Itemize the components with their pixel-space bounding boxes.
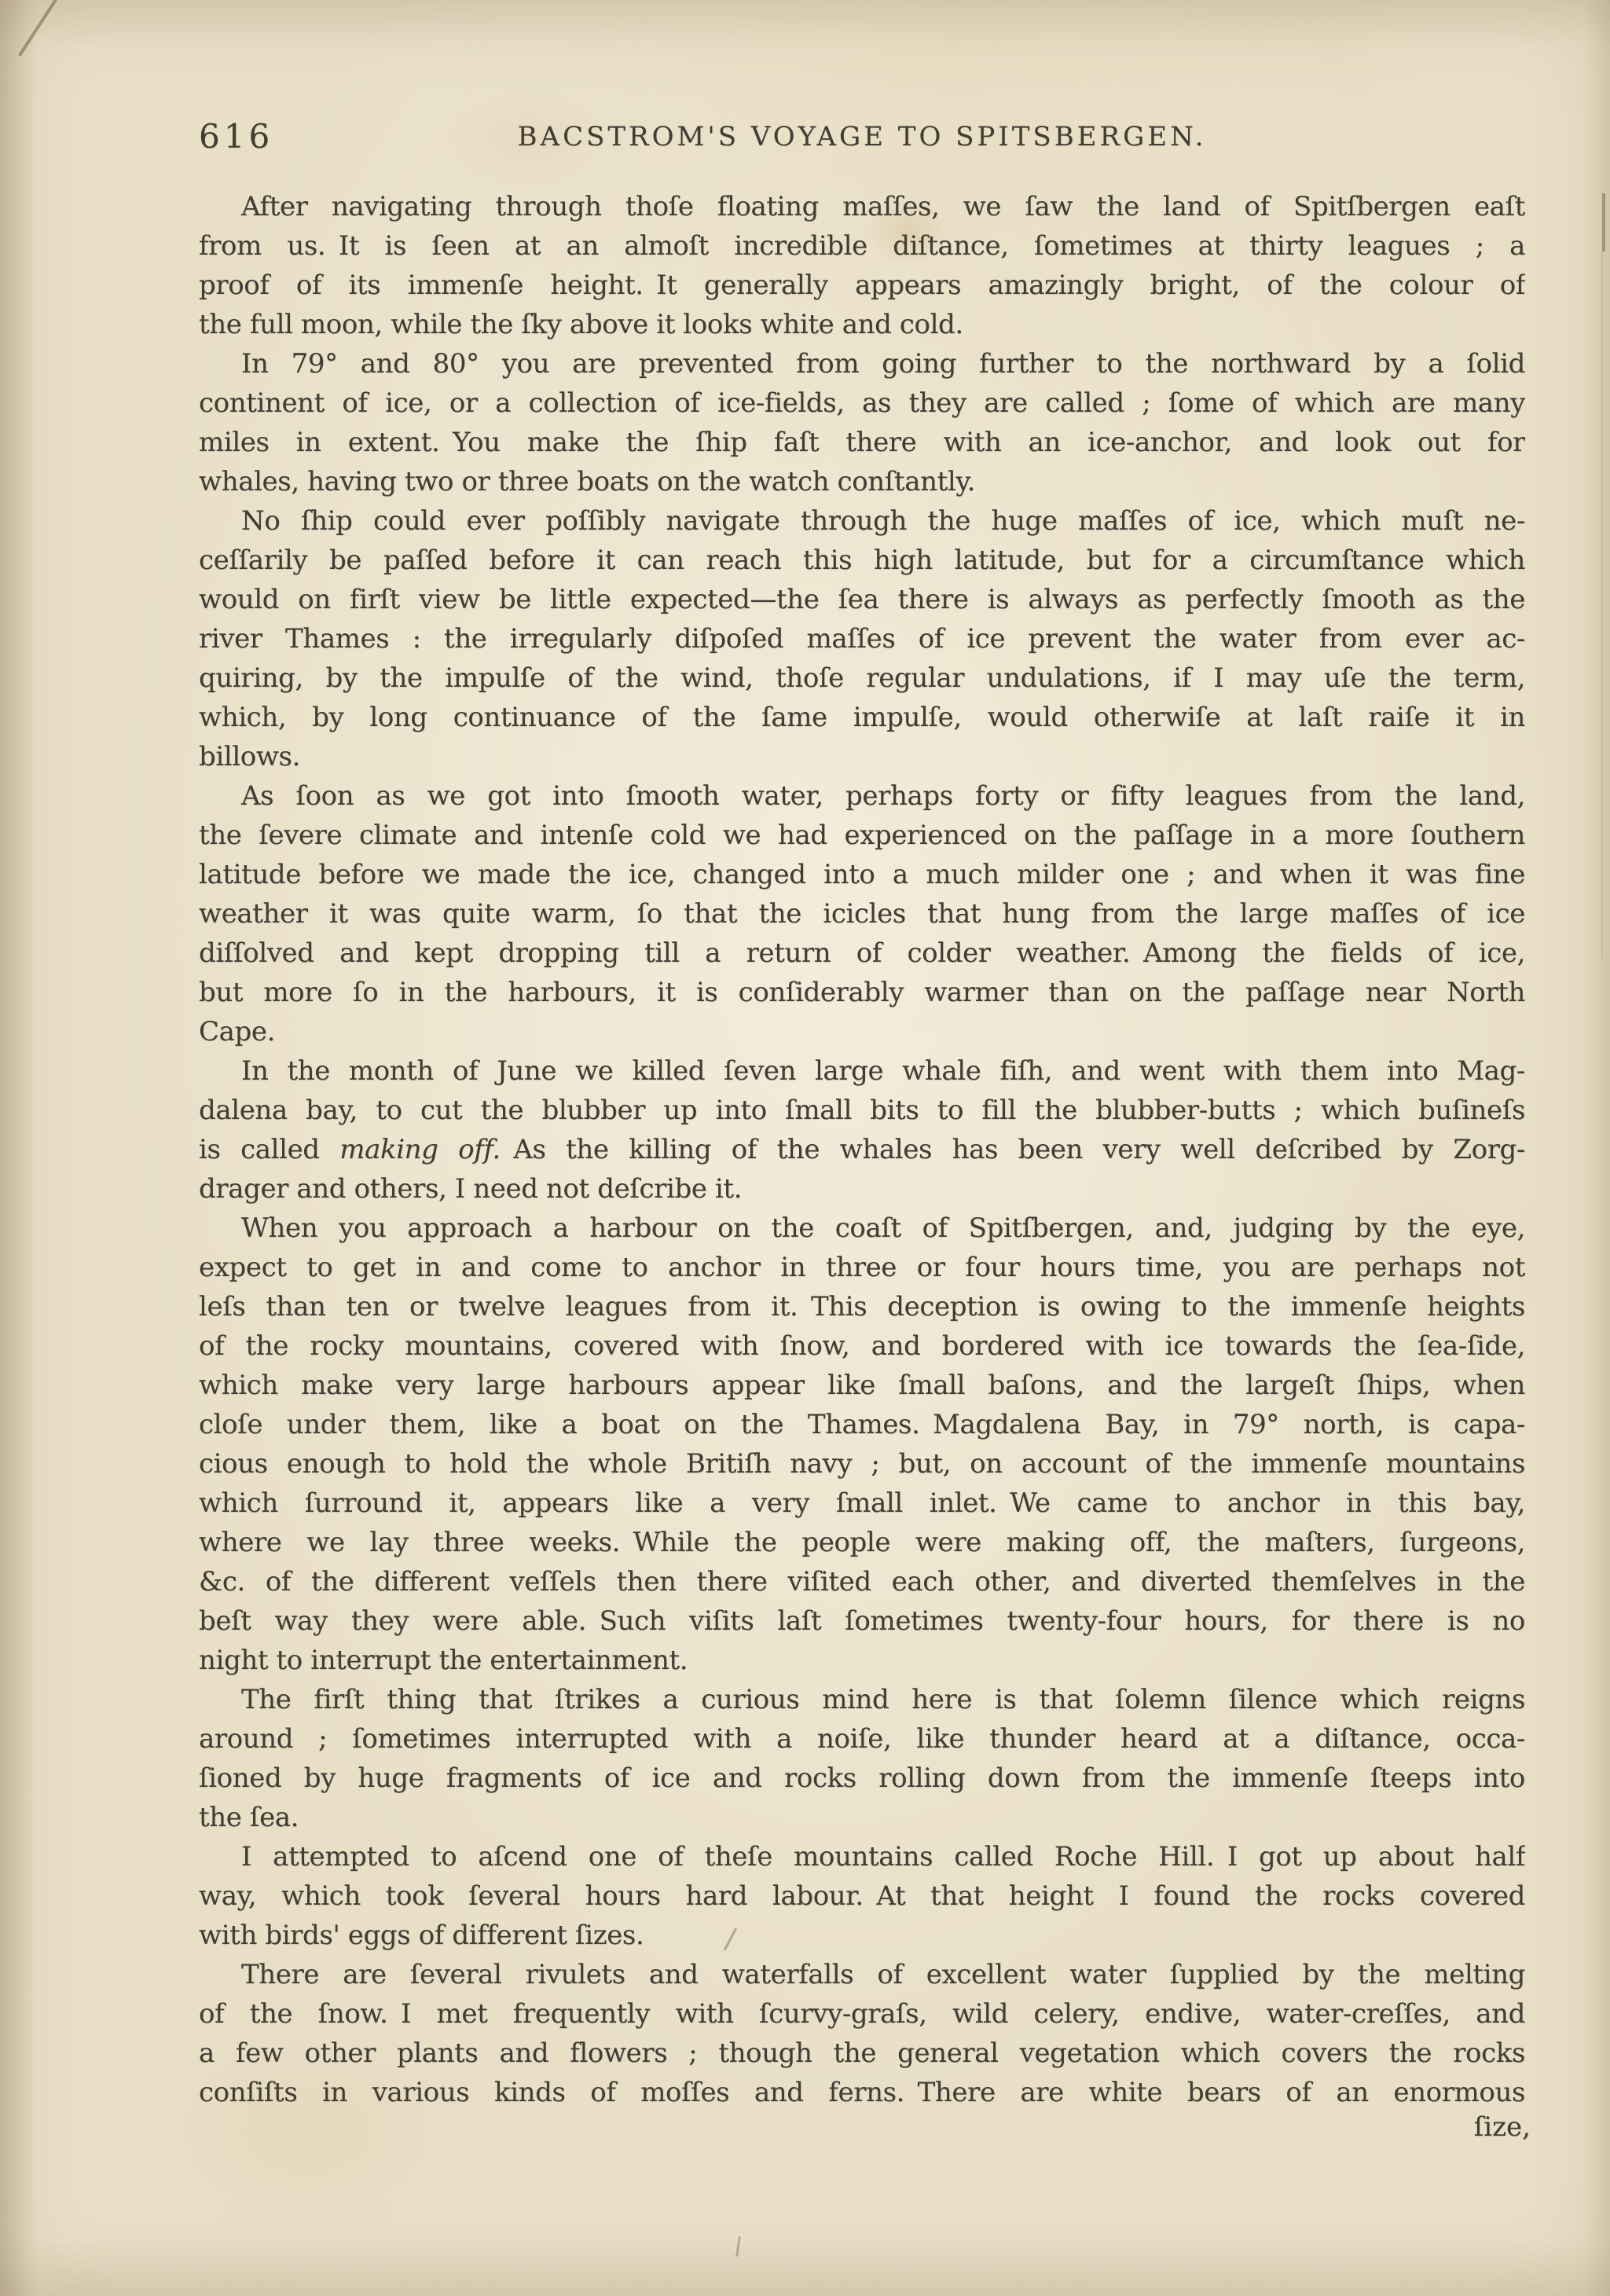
- text-segment: billows.: [199, 741, 300, 772]
- text-line: dalena bay, to cut the blubber up into ſ…: [199, 1091, 1525, 1130]
- italic-text-segment: making off.: [339, 1134, 500, 1165]
- text-segment: As the killing of the whales has been ve…: [501, 1134, 1525, 1165]
- text-segment: conſiſts in various kinds of moſſes and …: [199, 2077, 1525, 2108]
- text-line: Cape.: [199, 1012, 1525, 1051]
- page-edge-mark: [1602, 193, 1605, 251]
- text-line: leſs than ten or twelve leagues from it.…: [199, 1287, 1525, 1326]
- text-line: In 79° and 80° you are prevented from go…: [199, 344, 1525, 383]
- text-segment: When you approach a harbour on the coaſt…: [241, 1212, 1525, 1244]
- text-line: In the month of June we killed ſeven lar…: [199, 1051, 1525, 1091]
- text-line: quiring, by the impulſe of the wind, tho…: [199, 658, 1525, 698]
- text-line: When you approach a harbour on the coaſt…: [199, 1209, 1525, 1248]
- text-line: is called making off. As the killing of …: [199, 1130, 1525, 1169]
- text-segment: cious enough to hold the whole Britiſh n…: [199, 1448, 1525, 1480]
- text-line: expect to get in and come to anchor in t…: [199, 1248, 1525, 1287]
- text-line: with birds' eggs of different ſizes.: [199, 1916, 1525, 1955]
- text-line: would on firſt view be little expected—t…: [199, 580, 1525, 619]
- text-segment: but more ſo in the harbours, it is conſi…: [199, 977, 1525, 1008]
- page-body: After navigating through thoſe floating …: [199, 187, 1525, 2112]
- text-segment: would on firſt view be little expected—t…: [199, 584, 1525, 615]
- page-crease-mark: [18, 0, 57, 57]
- text-line: The firſt thing that ſtrikes a curious m…: [199, 1680, 1525, 1719]
- text-segment: dalena bay, to cut the blubber up into ſ…: [199, 1095, 1525, 1126]
- text-segment: night to interrupt the entertainment.: [199, 1645, 688, 1676]
- text-line: cious enough to hold the whole Britiſh n…: [199, 1444, 1525, 1484]
- text-line: way, which took ſeveral hours hard labou…: [199, 1876, 1525, 1916]
- text-segment: from us. It is ſeen at an almoſt incredi…: [199, 230, 1525, 262]
- text-segment: miles in extent. You make the ſhip faſt …: [199, 427, 1525, 458]
- text-line: cloſe under them, like a boat on the Tha…: [199, 1405, 1525, 1444]
- text-line: There are ſeveral rivulets and waterfall…: [199, 1955, 1525, 1994]
- text-line: but more ſo in the harbours, it is conſi…: [199, 973, 1525, 1012]
- text-segment: which, by long continuance of the ſame i…: [199, 702, 1525, 733]
- text-line: which ſurround it, appears like a very ſ…: [199, 1484, 1525, 1523]
- text-segment: As ſoon as we got into ſmooth water, per…: [241, 780, 1525, 812]
- text-line: No ſhip could ever poſſibly navigate thr…: [199, 501, 1525, 541]
- text-segment: Cape.: [199, 1016, 275, 1047]
- text-segment: whales, having two or three boats on the…: [199, 466, 975, 497]
- text-line: which make very large harbours appear li…: [199, 1366, 1525, 1405]
- text-line: billows.: [199, 737, 1525, 776]
- text-segment: proof of its immenſe height. It generall…: [199, 270, 1525, 301]
- text-line: whales, having two or three boats on the…: [199, 462, 1525, 501]
- text-segment: ſioned by huge fragments of ice and rock…: [199, 1762, 1525, 1794]
- text-segment: the full moon, while the ſky above it lo…: [199, 309, 963, 340]
- text-segment: leſs than ten or twelve leagues from it.…: [199, 1291, 1525, 1322]
- running-title: BACSTROM'S VOYAGE TO SPITSBERGEN.: [199, 118, 1525, 156]
- text-line: the ſea.: [199, 1798, 1525, 1837]
- text-segment: beſt way they were able. Such viſits laſ…: [199, 1605, 1525, 1637]
- text-line: where we lay three weeks. While the peop…: [199, 1523, 1525, 1562]
- text-segment: drager and others, I need not deſcribe i…: [199, 1173, 742, 1205]
- text-segment: The firſt thing that ſtrikes a curious m…: [241, 1684, 1525, 1715]
- text-segment: which ſurround it, appears like a very ſ…: [199, 1487, 1525, 1519]
- text-segment: way, which took ſeveral hours hard labou…: [199, 1880, 1525, 1912]
- text-segment: is called: [199, 1134, 339, 1165]
- text-line: the ſevere climate and intenſe cold we h…: [199, 816, 1525, 855]
- text-segment: cloſe under them, like a boat on the Tha…: [199, 1409, 1525, 1440]
- text-line: miles in extent. You make the ſhip faſt …: [199, 423, 1525, 462]
- text-segment: diſſolved and kept dropping till a retur…: [199, 937, 1525, 969]
- text-line: a few other plants and flowers ; though …: [199, 2034, 1525, 2073]
- book-page-scan: 616 BACSTROM'S VOYAGE TO SPITSBERGEN. Af…: [0, 0, 1610, 2296]
- text-segment: I attempted to aſcend one of theſe mount…: [241, 1841, 1525, 1872]
- text-line: the full moon, while the ſky above it lo…: [199, 305, 1525, 344]
- text-segment: &c. of the different veſſels then there …: [199, 1566, 1525, 1597]
- text-segment: around ; ſometimes interrupted with a no…: [199, 1723, 1525, 1755]
- text-line: river Thames : the irregularly diſpoſed …: [199, 619, 1525, 658]
- text-segment: the ſevere climate and intenſe cold we h…: [199, 820, 1525, 851]
- text-segment: quiring, by the impulſe of the wind, tho…: [199, 662, 1525, 694]
- text-segment: where we lay three weeks. While the peop…: [199, 1527, 1525, 1558]
- page-edge-line: [1601, 251, 1603, 959]
- text-segment: No ſhip could ever poſſibly navigate thr…: [241, 505, 1525, 537]
- text-segment: continent of ice, or a collection of ice…: [199, 387, 1525, 419]
- stray-ink-mark: [735, 2236, 741, 2257]
- page-header: 616 BACSTROM'S VOYAGE TO SPITSBERGEN.: [199, 118, 1525, 162]
- text-line: latitude before we made the ice, changed…: [199, 855, 1525, 894]
- text-segment: There are ſeveral rivulets and waterfall…: [241, 1959, 1525, 1990]
- text-segment: of the ſnow. I met frequently with ſcurv…: [199, 1998, 1525, 2030]
- page-number: 616: [199, 119, 273, 154]
- text-line: proof of its immenſe height. It generall…: [199, 266, 1525, 305]
- text-line: diſſolved and kept dropping till a retur…: [199, 933, 1525, 973]
- text-line: conſiſts in various kinds of moſſes and …: [199, 2073, 1525, 2112]
- text-segment: with birds' eggs of different ſizes.: [199, 1920, 644, 1951]
- text-line: around ; ſometimes interrupted with a no…: [199, 1719, 1525, 1759]
- text-line: ſioned by huge fragments of ice and rock…: [199, 1759, 1525, 1798]
- text-line: which, by long continuance of the ſame i…: [199, 698, 1525, 737]
- text-segment: In the month of June we killed ſeven lar…: [241, 1055, 1525, 1087]
- text-segment: weather it was quite warm, ſo that the i…: [199, 898, 1525, 930]
- text-line: drager and others, I need not deſcribe i…: [199, 1169, 1525, 1209]
- text-line: beſt way they were able. Such viſits laſ…: [199, 1601, 1525, 1641]
- text-line: of the rocky mountains, covered with ſno…: [199, 1326, 1525, 1366]
- text-segment: expect to get in and come to anchor in t…: [199, 1252, 1525, 1283]
- text-line: night to interrupt the entertainment.: [199, 1641, 1525, 1680]
- text-segment: ceſſarily be paſſed before it can reach …: [199, 545, 1525, 576]
- text-segment: latitude before we made the ice, changed…: [199, 859, 1525, 890]
- text-line: After navigating through thoſe floating …: [199, 187, 1525, 226]
- text-segment: of the rocky mountains, covered with ſno…: [199, 1330, 1525, 1362]
- text-segment: In 79° and 80° you are prevented from go…: [241, 348, 1525, 380]
- text-line: &c. of the different veſſels then there …: [199, 1562, 1525, 1601]
- text-line: ceſſarily be paſſed before it can reach …: [199, 541, 1525, 580]
- text-segment: After navigating through thoſe floating …: [241, 191, 1525, 222]
- text-line: of the ſnow. I met frequently with ſcurv…: [199, 1994, 1525, 2034]
- text-line: As ſoon as we got into ſmooth water, per…: [199, 776, 1525, 816]
- text-segment: river Thames : the irregularly diſpoſed …: [199, 623, 1525, 655]
- text-segment: a few other plants and flowers ; though …: [199, 2037, 1525, 2069]
- catchword: ſize,: [1474, 2107, 1531, 2147]
- text-segment: the ſea.: [199, 1802, 299, 1833]
- text-line: I attempted to aſcend one of theſe mount…: [199, 1837, 1525, 1876]
- text-segment: which make very large harbours appear li…: [199, 1370, 1525, 1401]
- text-line: weather it was quite warm, ſo that the i…: [199, 894, 1525, 933]
- text-line: continent of ice, or a collection of ice…: [199, 383, 1525, 423]
- text-line: from us. It is ſeen at an almoſt incredi…: [199, 226, 1525, 266]
